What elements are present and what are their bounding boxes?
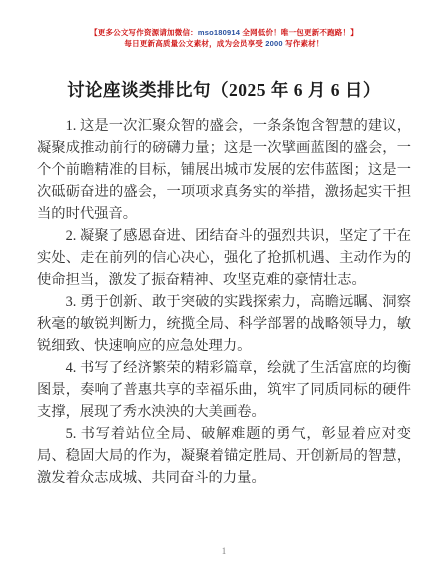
- ad-line-1-prefix: 【更多公文写作资源请加微信：: [90, 28, 198, 37]
- ad-line-1: 【更多公文写作资源请加微信：mso180914 全网低价！唯一包更新不跑路！】: [37, 27, 411, 38]
- ad-line-1-suffix: 全网低价！唯一包更新不跑路！】: [240, 28, 358, 37]
- document-body: 1. 这是一次汇聚众智的盛会，一条条饱含智慧的建议，凝聚成推动前行的磅礴力量；这…: [37, 115, 411, 489]
- ad-line-2-suffix: 写作素材！: [283, 39, 324, 48]
- document-page: 【更多公文写作资源请加微信：mso180914 全网低价！唯一包更新不跑路！】 …: [0, 0, 448, 580]
- paragraph-4: 4. 书写了经济繁荣的精彩篇章，绘就了生活富庶的均衡图景，奏响了普惠共享的幸福乐…: [37, 357, 411, 423]
- page-title: 讨论座谈类排比句（2025 年 6 月 6 日）: [37, 77, 411, 102]
- paragraph-3: 3. 勇于创新、敢于突破的实践探索力，高瞻远瞩、洞察秋毫的敏锐判断力，统揽全局、…: [37, 291, 411, 357]
- ad-line-2-prefix: 每日更新高质量公文素材，成为会员享受: [124, 39, 265, 48]
- paragraph-2: 2. 凝聚了感恩奋进、团结奋斗的强烈共识，坚定了干在实处、走在前列的信心决心，强…: [37, 225, 411, 291]
- paragraph-1: 1. 这是一次汇聚众智的盛会，一条条饱含智慧的建议，凝聚成推动前行的磅礴力量；这…: [37, 115, 411, 225]
- paragraph-5: 5. 书写着站位全局、破解难题的勇气，彰显着应对变局、稳固大局的作为，凝聚着锚定…: [37, 423, 411, 489]
- ad-line-2: 每日更新高质量公文素材，成为会员享受 2000 写作素材！: [37, 38, 411, 49]
- wechat-id: mso180914: [198, 28, 240, 37]
- ad-banner: 【更多公文写作资源请加微信：mso180914 全网低价！唯一包更新不跑路！】 …: [37, 27, 411, 49]
- ad-line-2-number: 2000: [265, 39, 283, 48]
- page-number-footer: 1: [0, 546, 448, 556]
